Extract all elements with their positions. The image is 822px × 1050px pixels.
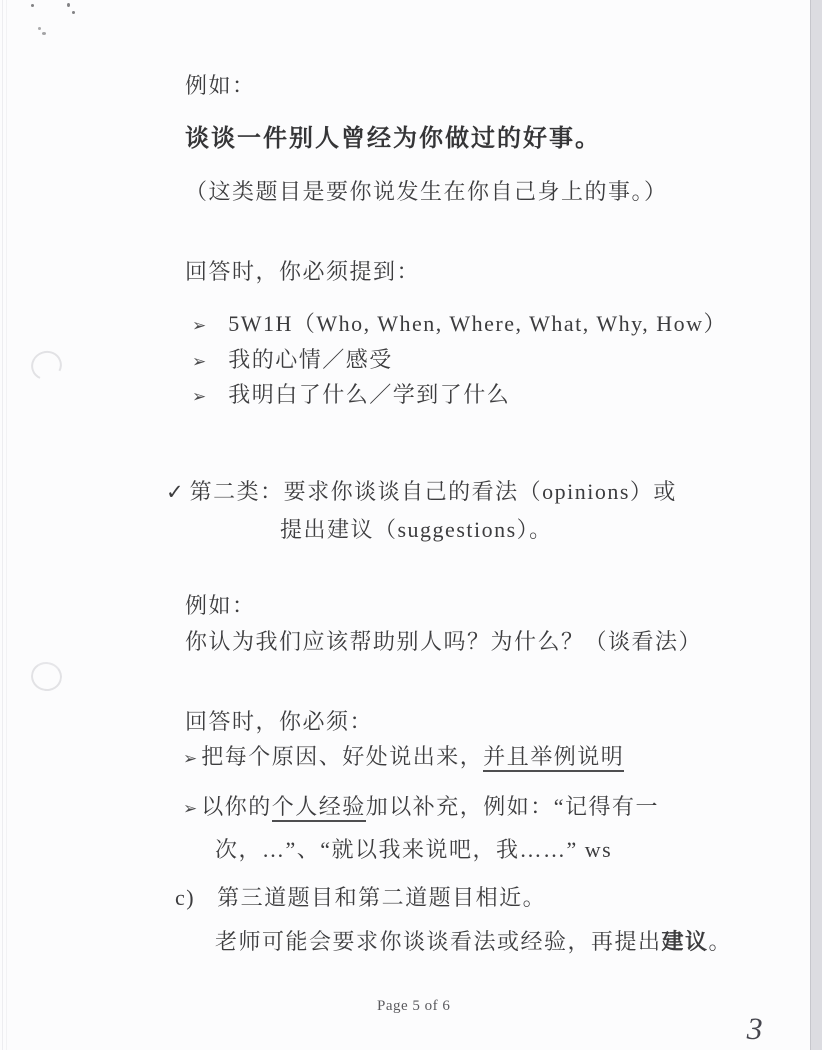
type2-line1: ✓第二类：要求你谈谈自己的看法（opinions）或	[166, 478, 677, 506]
paper-left-edge-shadow	[2, 0, 7, 1050]
arrow-bullet-icon: ➢	[183, 799, 197, 818]
answer1-item-text: 我明白了什么／学到了什么	[228, 382, 510, 407]
answer2-heading: 回答时，你必须：	[185, 708, 373, 736]
checkmark-icon: ✓	[166, 480, 184, 504]
item-c-line1-text: 第三道题目和第二道题目相近。	[217, 885, 546, 910]
arrow-bullet-icon: ➢	[183, 749, 197, 768]
answer1-heading: 回答时，你必须提到：	[185, 258, 420, 286]
arrow-bullet-icon: ➢	[192, 387, 206, 406]
arrow-bullet-icon: ➢	[192, 352, 206, 371]
scan-speck	[31, 4, 34, 7]
example2-question: 你认为我们应该帮助别人吗？为什么？（谈看法）	[185, 628, 702, 656]
punch-hole-bottom	[29, 660, 65, 694]
item-c-line1: c)第三道题目和第二道题目相近。	[175, 884, 546, 912]
item-c-line2-text: 老师可能会要求你谈谈看法或经验，再提出	[215, 929, 662, 954]
example1-note: （这类题目是要你说发生在你自己身上的事。）	[185, 178, 668, 206]
scan-speck	[38, 27, 41, 30]
type2-line1-text: 第二类：要求你谈谈自己的看法（opinions）或	[190, 479, 677, 504]
answer1-item-lesson: ➢我明白了什么／学到了什么	[192, 381, 510, 409]
item-c-marker: c)	[175, 885, 195, 910]
page-footer-label: Page 5 of 6	[377, 997, 450, 1016]
scan-speck	[67, 3, 70, 7]
answer2-item2-line1: ➢以你的个人经验加以补充，例如：“记得有一	[183, 793, 659, 821]
answer2-item2-post-text: 加以补充，例如：“记得有一	[366, 794, 659, 819]
answer1-item-text: 我的心情／感受	[228, 347, 393, 372]
answer2-item1-underlined-text: 并且举例说明	[483, 744, 624, 772]
answer2-item2-pre-text: 以你的	[201, 794, 272, 819]
answer1-item-text: 5W1H（Who, When, Where, What, Why, How）	[228, 311, 727, 336]
example1-label: 例如：	[185, 72, 256, 100]
answer1-item-feelings: ➢我的心情／感受	[192, 346, 393, 374]
answer2-item2-line2: 次，…”、“就以我来说吧，我……” ws	[215, 836, 612, 864]
example2-label: 例如：	[185, 592, 256, 620]
type2-line2: 提出建议（suggestions）。	[280, 516, 553, 544]
arrow-bullet-icon: ➢	[192, 316, 206, 335]
item-c-line2: 老师可能会要求你谈谈看法或经验，再提出建议。	[215, 928, 732, 956]
scanned-document-page: 例如： 谈谈一件别人曾经为你做过的好事。 （这类题目是要你说发生在你自己身上的事…	[0, 0, 822, 1050]
item-c-line2-bold-text: 建议	[662, 929, 709, 954]
handwritten-page-number: 3	[746, 1010, 763, 1049]
punch-hole-top	[27, 347, 66, 385]
paper-right-edge-shadow	[810, 0, 822, 1050]
answer2-item1: ➢把每个原因、好处说出来，并且举例说明	[183, 743, 624, 771]
scan-speck	[72, 11, 75, 14]
answer2-item2-underlined-text: 个人经验	[272, 794, 366, 822]
scan-speck	[42, 32, 46, 35]
example1-title: 谈谈一件别人曾经为你做过的好事。	[185, 124, 601, 154]
item-c-line2-end: 。	[709, 929, 733, 954]
answer1-item-5w1h: ➢5W1H（Who, When, Where, What, Why, How）	[192, 310, 727, 338]
answer2-item1-text: 把每个原因、好处说出来，	[201, 744, 483, 769]
